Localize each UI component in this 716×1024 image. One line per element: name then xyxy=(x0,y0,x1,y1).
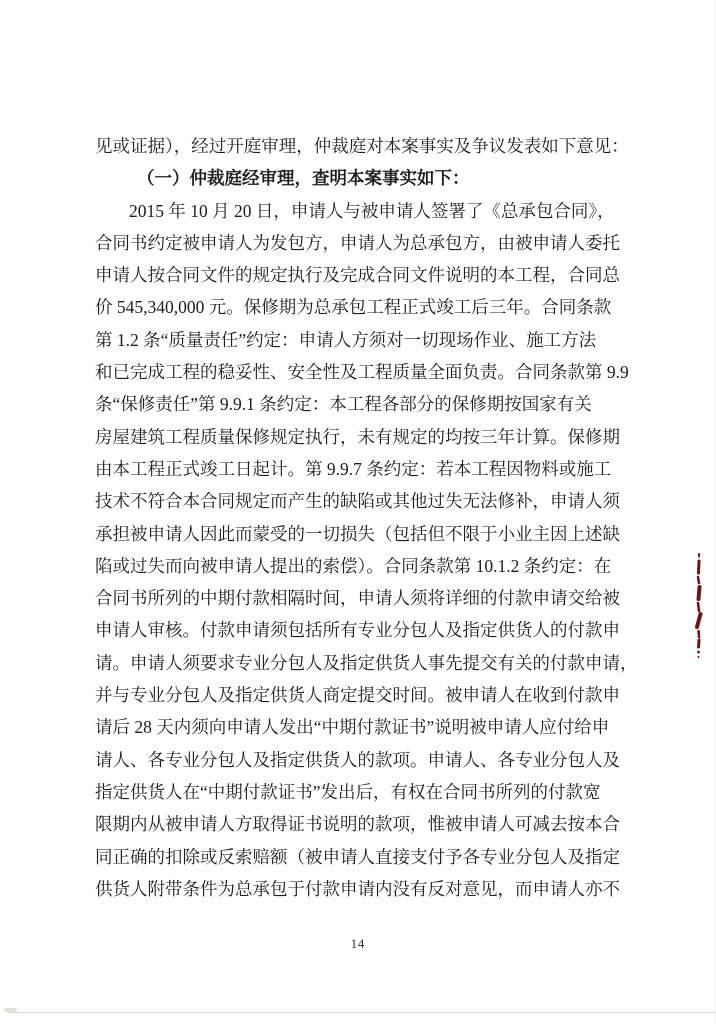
text-line: 承担被申请人因此而蒙受的一切损失（包括但不限于小业主因上述缺 xyxy=(95,518,632,550)
text-line: 申请人审核。付款申请须包括所有专业分包人及指定供货人的付款申 xyxy=(95,614,632,646)
page-number: 14 xyxy=(0,937,716,952)
text-line: 请人、各专业分包人及指定供货人的款项。申请人、各专业分包人及 xyxy=(95,744,632,776)
text-line: 供货人附带条件为总承包于付款申请内没有反对意见，而申请人亦不 xyxy=(95,873,632,905)
document-body: 见或证据），经过开庭审理，仲裁庭对本案事实及争议发表如下意见： （一）仲裁庭经审… xyxy=(95,130,632,905)
red-stamp-edge-mark xyxy=(693,551,705,663)
text-line: 房屋建筑工程质量保修规定执行，未有规定的均按三年计算。保修期 xyxy=(95,421,632,453)
text-line: 请后 28 天内须向申请人发出“中期付款证书”说明被申请人应付给申 xyxy=(95,711,632,743)
text-line: 并与专业分包人及指定供货人商定提交时间。被申请人在收到付款申 xyxy=(95,679,632,711)
text-line: 申请人按合同文件的规定执行及完成合同文件说明的本工程，合同总 xyxy=(95,259,632,291)
section-heading: （一）仲裁庭经审理，查明本案事实如下： xyxy=(95,162,632,194)
text-line: 陷或过失而向被申请人提出的索偿）。合同条款第 10.1.2 条约定：在 xyxy=(95,550,632,582)
text-line: 技术不符合本合同规定而产生的缺陷或其他过失无法修补，申请人须 xyxy=(95,485,632,517)
text-line: 由本工程正式竣工日起计。第 9.9.7 条约定：若本工程因物料或施工 xyxy=(95,453,632,485)
text-line: 见或证据），经过开庭审理，仲裁庭对本案事实及争议发表如下意见： xyxy=(95,130,632,162)
text-line: 合同书约定被申请人为发包方，申请人为总承包方，由被申请人委托 xyxy=(95,227,632,259)
text-line: 合同书所列的中期付款相隔时间，申请人须将详细的付款申请交给被 xyxy=(95,582,632,614)
text-line: 第 1.2 条“质量责任”约定：申请人方须对一切现场作业、施工方法 xyxy=(95,324,632,356)
text-line: 限期内从被申请人方取得证书说明的款项，惟被申请人可减去按本合 xyxy=(95,808,632,840)
text-line: 和已完成工程的稳妥性、安全性及工程质量全面负责。合同条款第 9.9 xyxy=(95,356,632,388)
scan-artifact-line xyxy=(8,1012,715,1013)
text-line: 同正确的扣除或反索赔额（被申请人直接支付予各专业分包人及指定 xyxy=(95,841,632,873)
paragraph-first-line: 2015 年 10 月 20 日，申请人与被申请人签署了《总承包合同》， xyxy=(95,195,632,227)
text-line: 价 545,340,000 元。保修期为总承包工程正式竣工后三年。合同条款 xyxy=(95,291,632,323)
text-line: 条“保修责任”第 9.9.1 条约定：本工程各部分的保修期按国家有关 xyxy=(95,388,632,420)
text-line: 指定供货人在“中期付款证书”发出后，有权在合同书所列的付款宽 xyxy=(95,776,632,808)
text-line: 请。申请人须要求专业分包人及指定供货人事先提交有关的付款申请， xyxy=(95,647,632,679)
scanned-document-page: 见或证据），经过开庭审理，仲裁庭对本案事实及争议发表如下意见： （一）仲裁庭经审… xyxy=(0,0,716,1024)
